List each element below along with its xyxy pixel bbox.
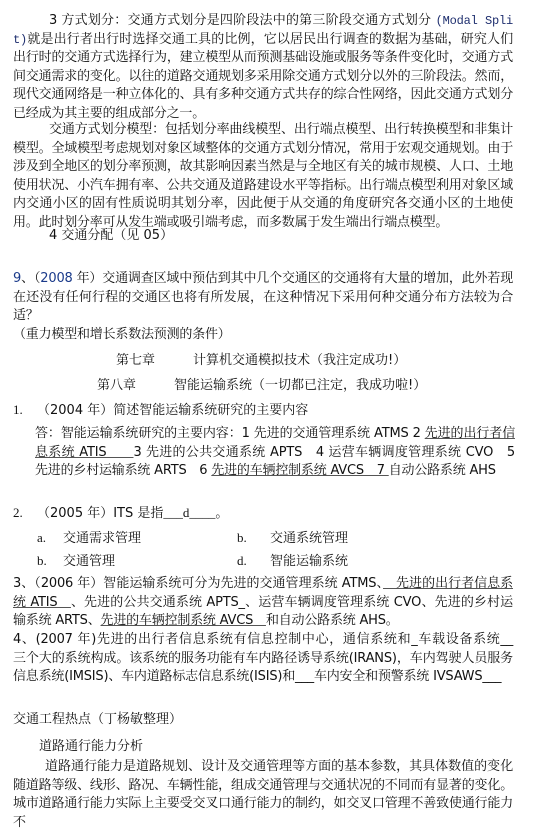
option-d-text: 智能运输系统 (270, 554, 348, 569)
question-3-apts: 、先进的公共交通系统 APTS (71, 595, 239, 610)
question-2: 2.（2005 年）ITS 是指___d____。 (13, 504, 228, 523)
question-3-avcs-underlined: 先进的车辆控制系统 AVCS (101, 613, 266, 628)
answer-part-a: 答：智能运输系统研究的主要内容：1 先进的交通管理系统 ATMS 2 (35, 426, 425, 441)
hotspots-title: 交通工程热点（丁杨敏整理） (13, 711, 182, 729)
option-d: d.智能运输系统 (237, 552, 348, 571)
option-a-label: a. (37, 529, 63, 547)
traffic-assignment-item: 4 交通分配（见 05） (49, 227, 173, 245)
option-c-text: 交通管理 (63, 554, 115, 569)
mode-split-model-paragraph: 交通方式划分模型：包括划分率曲线模型、出行端点模型、出行转换模型和非集计模型。全… (13, 121, 513, 232)
chapter-8-heading: 第八章智能运输系统（一切都已注定，我成功啦!） (97, 377, 426, 395)
question-3-suffix: 和自动公路系统 AHS。 (266, 613, 399, 628)
question-9-number: 9 (13, 271, 21, 286)
question-1-number: 1. (13, 401, 37, 419)
option-b-label: b. (237, 529, 270, 547)
mode-split-intro: 3 方式划分：交通方式划分是四阶段法中的第三阶段交通方式划分 (49, 13, 436, 28)
traffic-assignment-text: 4 交通分配（见 05） (49, 228, 173, 243)
mode-split-body: 就是出行者出行时选择交通工具的比例，它以居民出行调查的数据为基础，研究人们出行时… (13, 32, 513, 121)
question-9-year: 2008 (40, 271, 72, 286)
chapter-8-label: 第八章 (97, 378, 136, 393)
question-3-prefix: 3、（2006 年）智能运输系统可分为先进的交通管理系统 ATMS、 (13, 576, 383, 591)
option-c-label: b. (37, 552, 63, 570)
question-1-answer: 答：智能运输系统研究的主要内容：1 先进的交通管理系统 ATMS 2 先进的出行… (35, 425, 515, 481)
question-9-sep: 、（ (21, 271, 40, 286)
chapter-7-label: 第七章 (116, 353, 155, 368)
question-9-answer: （重力模型和增长系数法预测的条件） (13, 327, 231, 342)
answer-part-c: 自动公路系统 AHS (389, 463, 496, 478)
question-9-text: 年）交通调查区域中预估到其中几个交通区的交通将有大量的增加，此外若现在还没有任何… (13, 271, 513, 323)
question-3: 3、（2006 年）智能运输系统可分为先进的交通管理系统 ATMS、 先进的出行… (13, 575, 513, 631)
hotspots-paragraph: 道路通行能力是道路规划、设计及交通管理等方面的基本参数，其具体数值的变化随道路等… (13, 758, 513, 832)
question-2-number: 2. (13, 504, 37, 522)
question-4: 4、(2007 年)先进的出行者信息系统有信息控制中心，通信系统和_车载设备系统… (13, 631, 513, 687)
question-1-text: （2004 年）简述智能运输系统研究的主要内容 (37, 403, 308, 418)
chapter-7-title: 计算机交通模拟技术（我注定成功!） (193, 353, 406, 368)
question-1: 1.（2004 年）简述智能运输系统研究的主要内容 (13, 401, 308, 420)
option-a-text: 交通需求管理 (63, 531, 141, 546)
question-2-suffix: 。 (215, 506, 228, 521)
chapter-7-heading: 第七章计算机交通模拟技术（我注定成功!） (116, 352, 406, 370)
option-d-label: d. (237, 552, 270, 570)
option-b-text: 交通系统管理 (270, 531, 348, 546)
question-9: 9、（2008 年）交通调查区域中预估到其中几个交通区的交通将有大量的增加，此外… (13, 270, 513, 344)
answer-underlined-avcs: 先进的车辆控制系统 AVCS 7 (211, 463, 388, 478)
mode-split-paragraph: 3 方式划分：交通方式划分是四阶段法中的第三阶段交通方式划分 (Modal Sp… (13, 12, 513, 123)
chapter-8-title: 智能运输系统（一切都已注定，我成功啦!） (174, 378, 426, 393)
hotspots-subtitle: 道路通行能力分析 (39, 738, 143, 756)
document-page: 3 方式划分：交通方式划分是四阶段法中的第三阶段交通方式划分 (Modal Sp… (0, 0, 540, 839)
question-2-blank-answer: ___d____ (163, 505, 215, 520)
option-b: b.交通系统管理 (237, 529, 348, 548)
option-c: b.交通管理 (37, 552, 115, 571)
option-a: a.交通需求管理 (37, 529, 141, 548)
question-2-prefix: （2005 年）ITS 是指 (37, 506, 163, 521)
